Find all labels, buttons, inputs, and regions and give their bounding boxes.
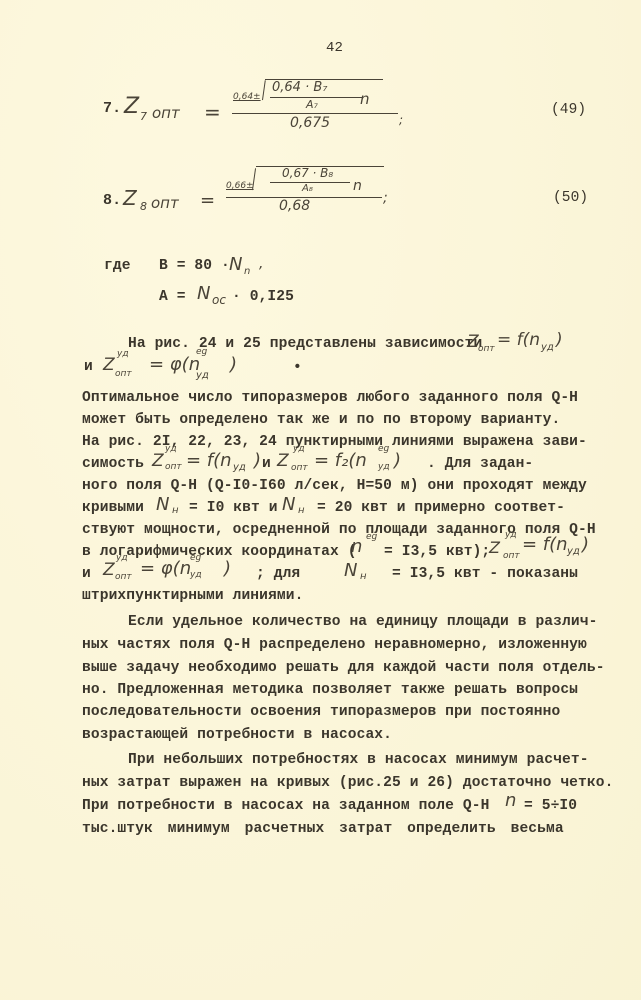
equation-number: (50) [553, 190, 588, 206]
text-line: но. Предложенная методика позволяет такж… [82, 682, 578, 698]
formula-n: n [505, 790, 516, 811]
formula-rhs-sup: еg [196, 347, 207, 357]
formula-sub: опт [115, 572, 132, 582]
equals-sign: = [200, 190, 215, 211]
a-symbol: N [197, 283, 210, 304]
text-line: При небольших потребностях в насосах мин… [128, 752, 589, 768]
inner-numerator: 0,67 · B₈ [282, 166, 333, 180]
formula-z: Z [152, 451, 164, 471]
text-fragment: = 20 квт и примерно соответ- [317, 500, 565, 516]
formula-rhs-sub: уд [190, 570, 202, 580]
inner-multiplier: n [360, 90, 370, 108]
formula-close: ) [556, 330, 563, 350]
formula-sup: уд [165, 444, 177, 454]
formula-z: Z [467, 332, 479, 352]
text-fragment: = I3,5 квт); [384, 544, 490, 560]
text-fragment: = 5÷I0 [524, 798, 577, 814]
power-symbol: N [156, 494, 169, 515]
page-number: 42 [326, 40, 343, 56]
formula-rhs: = φ(n [140, 558, 191, 579]
text-line: симость [82, 456, 144, 472]
equation-lhs-sub: 8 [140, 200, 147, 213]
formula-rhs: = f(n [497, 330, 540, 350]
text-line: последовательности освоения типоразмеров… [82, 704, 560, 720]
text-line: возрастающей потребности в насосах. [82, 727, 392, 743]
formula-rhs: = φ(n [149, 354, 200, 375]
power-sub: н [360, 571, 367, 582]
formula-z: Z [103, 560, 115, 580]
formula-rhs: = f₂(n [314, 450, 367, 471]
coefficient: 0,66± [226, 181, 254, 191]
coefficient: 0,64± [233, 92, 261, 102]
denominator: 0,68 [279, 198, 310, 214]
inner-numerator: 0,64 · B₇ [272, 80, 327, 95]
formula-close: ) [230, 354, 237, 375]
formula-z: Z [103, 355, 115, 375]
punctuation: ; [399, 113, 403, 127]
text-line: При потребности в насосах на заданном по… [82, 798, 489, 814]
text-line: кривыми [82, 500, 144, 516]
text-line: На рис. 24 и 25 представлены зависимости [128, 336, 482, 352]
formula-z: Z [277, 451, 289, 471]
text-line: ствуют мощности, осредненной по площади … [82, 522, 596, 538]
formula-close: ) [254, 450, 261, 471]
a-subscript: ос [212, 293, 226, 307]
text-line: Если удельное количество на единицу площ… [128, 614, 597, 630]
denominator: 0,675 [290, 115, 330, 131]
bullet: • [293, 360, 302, 376]
power-symbol: N [282, 494, 295, 515]
text-line: штрихпунктирными линиями. [82, 588, 303, 604]
punctuation: ; [383, 190, 388, 206]
sqrt-radical [262, 80, 266, 100]
text-and: и [84, 359, 93, 375]
formula-rhs-sub: уд [378, 462, 390, 472]
b-subscript: n [244, 266, 250, 277]
text-and: и [82, 566, 91, 582]
text-line: ных частях поля Q-H распределено неравно… [82, 637, 587, 653]
b-tail: , [259, 256, 263, 272]
formula-close: ) [224, 558, 231, 579]
where-word: где [104, 258, 131, 274]
text-fragment: = I0 квт и [189, 500, 278, 516]
equation-lhs-text: опт [151, 194, 179, 212]
formula-rhs: = f(n [186, 450, 232, 471]
formula-rhs-sub: уд [541, 342, 554, 353]
formula-sup: уд [117, 349, 129, 359]
equation-lhs-sub: 7 [140, 110, 147, 123]
a-tail: · 0,I25 [232, 289, 294, 305]
text-fragment: ; для [256, 566, 300, 582]
text-line: Оптимальное число типоразмеров любого за… [82, 390, 578, 406]
equation-number: (49) [551, 102, 586, 118]
equals-sign: = [204, 100, 221, 124]
text-line: выше задачу необходимо решать для каждой… [82, 660, 605, 676]
equation-lhs-text: опт [152, 104, 180, 122]
formula-sup: уд [505, 530, 517, 540]
formula-close: ) [394, 450, 401, 471]
a-definition: A = [159, 289, 186, 305]
equation-label: 7. [103, 100, 121, 117]
b-definition: B = 80 · [159, 258, 230, 274]
text-line: ных затрат выражен на кривых (рис.25 и 2… [82, 775, 613, 791]
formula-z: Z [489, 538, 500, 557]
equation-label: 8. [103, 192, 121, 209]
text-and: и [262, 456, 271, 472]
formula-sub: опт [115, 369, 132, 379]
text-line: может быть определено так же и по по вто… [82, 412, 560, 428]
formula-sub: опт [503, 551, 520, 561]
equation-lhs-symbol: Z [124, 94, 139, 119]
sqrt-radical [252, 168, 256, 190]
formula-sub: опт [478, 344, 495, 354]
formula-rhs-sup: еg [378, 444, 389, 454]
inner-multiplier: n [353, 178, 362, 194]
power-sub: н [298, 505, 305, 516]
formula-rhs-sub: уд [567, 546, 580, 557]
text-line: ного поля Q-H (Q-I0-I60 л/сек, H=50 м) о… [82, 478, 587, 494]
formula-sup: уд [293, 444, 305, 454]
inner-denominator: A₈ [302, 183, 313, 194]
b-symbol: N [229, 254, 242, 275]
inner-denominator: A₇ [306, 98, 318, 111]
text-fragment: = I3,5 квт - показаны [392, 566, 578, 582]
equation-lhs-symbol: Z [123, 186, 137, 210]
formula-sub: опт [291, 463, 308, 473]
text-line: На рис. 2I, 22, 23, 24 пунктирными линия… [82, 434, 587, 450]
formula-rhs-sub: уд [196, 370, 209, 381]
text-fragment: . Для задан- [427, 456, 533, 472]
formula-n: n [351, 536, 362, 557]
formula-rhs: = f(n [522, 534, 568, 555]
formula-rhs-sup: еg [190, 553, 201, 563]
text-line: тыс.штук минимум расчетных затрат опреде… [82, 821, 564, 837]
formula-close: ) [582, 534, 589, 555]
formula-sup: уд [116, 553, 128, 563]
formula-sup: еg [366, 532, 377, 542]
power-sub: н [172, 505, 179, 516]
formula-sub: опт [165, 462, 182, 472]
formula-rhs-sub: уд [233, 462, 246, 473]
power-symbol: N [344, 560, 357, 581]
